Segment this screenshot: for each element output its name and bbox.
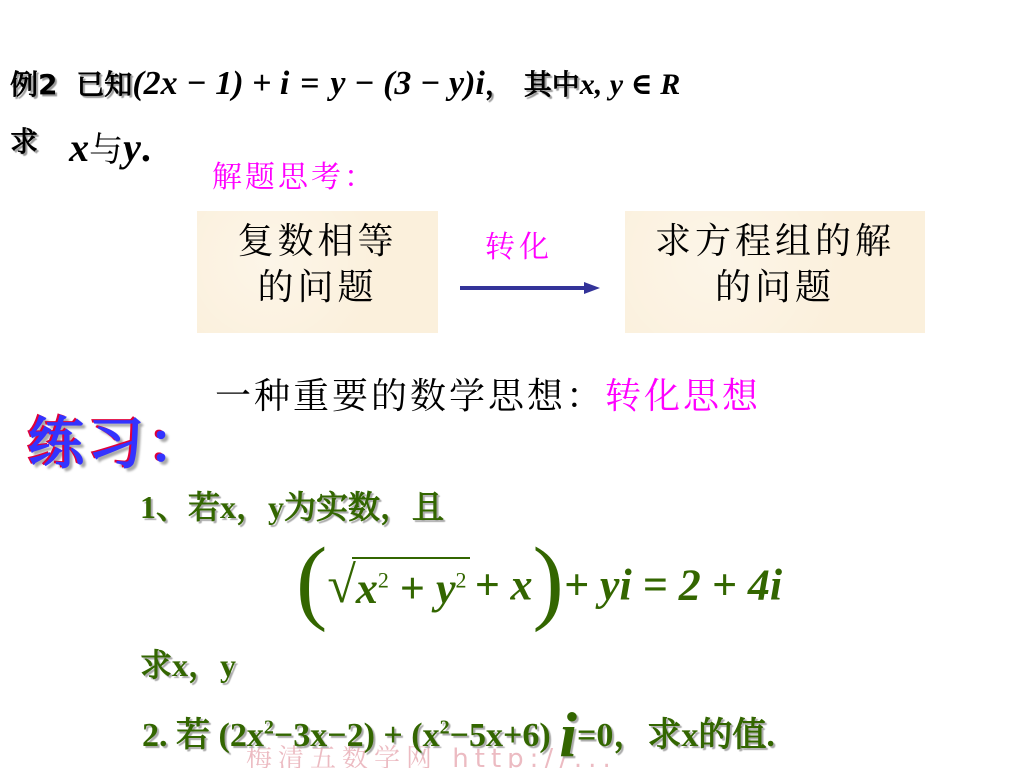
equals-sign: = — [300, 65, 319, 102]
find-label: 求 — [10, 125, 38, 158]
equation-rest: + yi = 2 + 4i — [564, 561, 782, 610]
var-x: x — [69, 125, 89, 170]
q2-mid: −3x−2) + (x — [274, 717, 440, 754]
open-paren: ( — [296, 529, 327, 633]
q2-prefix: 2. 若 (2x — [142, 717, 264, 754]
box-right-line2: 的问题 — [625, 265, 925, 311]
and-label: 与 — [89, 132, 123, 169]
comma: ， — [485, 68, 513, 101]
equation-rhs: y − (3 − y)i — [330, 65, 484, 102]
question-1-find: 求x，y — [140, 640, 236, 686]
var-y: y — [123, 125, 141, 170]
example-label: 例2 — [10, 68, 57, 101]
period: . — [141, 125, 151, 170]
sqrt-expression: √x2 + y2 — [327, 556, 470, 615]
equation-system-box: 求方程组的解 的问题 — [625, 211, 925, 333]
radicand-x: x — [356, 564, 378, 613]
math-idea-line: 一种重要的数学思想：转化思想 — [215, 368, 761, 419]
radicand: x2 + y2 — [352, 557, 471, 614]
transform-label: 转化 — [485, 222, 553, 266]
find-vars: x与y. — [69, 125, 151, 170]
plus-x: + x — [474, 561, 532, 610]
radicand-y: y — [436, 564, 456, 613]
box-right-line1: 求方程组的解 — [625, 219, 925, 265]
complex-equality-box: 复数相等 的问题 — [197, 211, 438, 333]
thinking-label: 解题思考： — [212, 152, 377, 196]
question-1-equation: (√x2 + y2 + x)+ yi = 2 + 4i — [296, 538, 782, 648]
plus: + — [400, 564, 425, 613]
imaginary-unit: i — [559, 699, 577, 768]
close-paren: ) — [533, 529, 564, 633]
example-statement: 例2 已知(2x − 1) + i = y − (3 − y)i， 其中x, y… — [10, 66, 680, 101]
known-label: 已知 — [76, 68, 132, 101]
condition: x, y ∈ R — [580, 68, 681, 101]
box-left-line1: 复数相等 — [197, 219, 438, 265]
where-label: 其中 — [524, 68, 580, 101]
practice-title: 练习： — [28, 400, 208, 480]
q2-mid2: −5x+6) — [450, 717, 551, 754]
equation-lhs: (2x − 1) + i — [132, 65, 289, 102]
idea-prefix: 一种重要的数学思想： — [215, 376, 605, 417]
box-left-line2: 的问题 — [197, 265, 438, 311]
exp-2: 2 — [455, 567, 466, 592]
example-find-line: 求 x与y. — [10, 128, 151, 168]
q2-exp-2: 2 — [440, 717, 450, 739]
right-arrow-icon — [460, 281, 600, 295]
question-1-intro: 1、若x，y为实数，且 — [140, 482, 444, 528]
idea-accent: 转化思想 — [605, 376, 761, 417]
exp-2: 2 — [378, 567, 389, 592]
q2-exp-1: 2 — [264, 717, 274, 739]
question-2: 2. 若 (2x2−3x−2) + (x2−5x+6) i=0，求x的值. — [142, 707, 775, 756]
q2-suffix: =0，求x的值. — [577, 717, 775, 754]
